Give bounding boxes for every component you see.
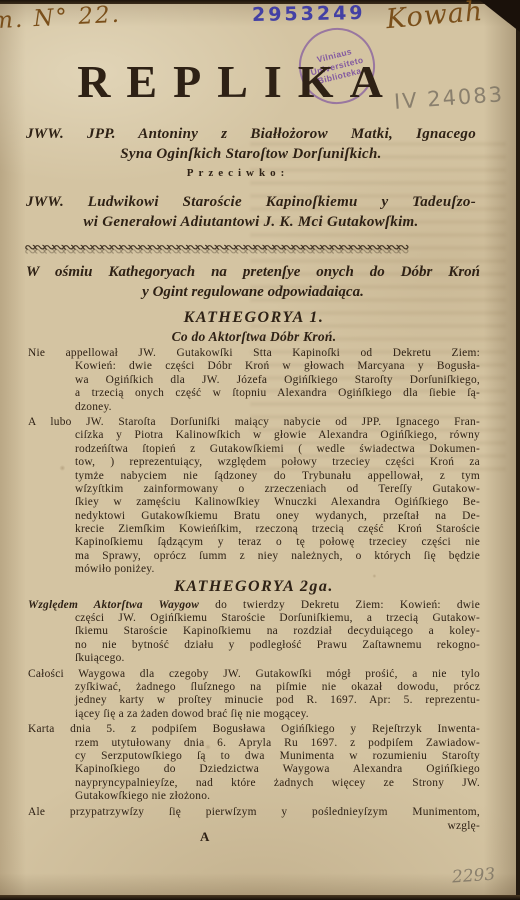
handwritten-owner-inscription: Kowah [385, 0, 485, 35]
body-line: Ale przypatrzywſzy ſię pierwſzym y pośle… [28, 806, 480, 819]
paragraph: Względem Aktorſtwa Waygow do twierdzy De… [28, 599, 480, 666]
paragraph: Ale przypatrzywſzy ſię pierwſzym y pośle… [28, 806, 480, 819]
paragraph: A lubo JW. Staroſta Dorſuniſki maiący na… [28, 416, 480, 577]
section-subheading: Co do Aktorſtwa Dóbr Kroń. [28, 328, 480, 345]
text-line: JWW. JPP. Antoniny z Białłożorow Matki, … [26, 124, 476, 144]
section-heading: KATHEGORYA 2ga. [28, 577, 480, 597]
handwritten-number-topleft: m. N° 22. [0, 2, 122, 35]
body-line: Kowień: dwie części Dóbr Kroń w głowach … [28, 360, 480, 373]
body-line: A lubo JW. Staroſta Dorſuniſki maiący na… [28, 416, 480, 429]
catchword: wzglę- [448, 820, 481, 832]
page-edge-bottom [0, 895, 520, 900]
signature-mark: A [200, 829, 210, 845]
body-line: no nie bytność działu y podległość Prawu… [28, 639, 480, 652]
plaintiff-party-heading: JWW. JPP. Antoniny z Białłożorow Matki, … [26, 124, 476, 164]
text-line: y Ogint regulowane odpowiadaiąca. [26, 283, 480, 303]
text-line: wi Generałowi Adiutantowi J. K. Mci Guta… [26, 212, 476, 232]
document-title: REPLIKA [10, 54, 450, 109]
body-line: nedyktowi Gutakowſkiemu Bratu oney wydan… [28, 510, 480, 523]
versus-label: Przeciwko: [26, 167, 450, 179]
page-edge-right [516, 0, 520, 900]
text-line: JWW. Ludwikowi Staroście Kapinoſkiemu y … [26, 192, 476, 212]
body-line: ſkiemu Staroście Kapinoſkiemu na rozdzia… [28, 625, 480, 638]
ornamental-divider: ∾∾∾∾∾∾∾∾∾∾∾∾∾∾∾∾∾∾∾∾∾∾∾∾∾∾∾∾∾∾∾∾∾∾∾∾∾∾∾∾ [24, 238, 416, 258]
body-line: ſkiey w zamęściu Kalinowſkiey Wnuczki Al… [28, 496, 480, 509]
body-line: rzem utytułowany dnia 6. Apryla Ru 1697.… [28, 737, 480, 750]
handwritten-folio-number: 2293 [451, 865, 496, 888]
signature-row: wzglę- A [28, 819, 480, 853]
document-subtitle: W ośmiu Kathegoryach na pretenſye onych … [26, 263, 480, 302]
body-line: ſkuiącego. [28, 652, 480, 665]
body-line: wa Ogińſkich dla JW. Józefa Ogińſkiego S… [28, 374, 480, 387]
body-line: jedney karty w proſtey minucie pod R. 16… [28, 694, 480, 707]
body-line: tymże nabyciem nie ſądzoney do Trybunału… [28, 470, 480, 483]
section-kathegoria-1: KATHEGORYA 1. Co do Aktorſtwa Dóbr Kroń.… [28, 308, 480, 577]
body-line: iącey ſię a za żaden dowod brać ſię nie … [28, 708, 480, 721]
body-line: Względem Aktorſtwa Waygow do twierdzy De… [28, 599, 480, 612]
section-heading: KATHEGORYA 1. [28, 308, 480, 328]
body-line: dzoney. [28, 401, 480, 414]
body-line: ciſzka y Piotra Kalinowſkich w głowie Al… [28, 429, 480, 442]
body-line: mówiło poniżey. [28, 563, 480, 576]
body-line: naypryncypalnieyſze, nad które żadnych w… [28, 777, 480, 790]
body-line: rodzeńſtwa ſtopień z Gutakowſkiemi ( wed… [28, 443, 480, 456]
paragraph: Nie appellował JW. Gutakowſki Stta Kapin… [28, 347, 480, 414]
body-line: ma Sprawy, oprócz ſumm z niey należnych,… [28, 550, 480, 563]
document-body: KATHEGORYA 1. Co do Aktorſtwa Dóbr Kroń.… [28, 308, 480, 853]
scanned-document-page: m. N° 22. 2953249 Kowah Vilniaus Univers… [0, 0, 520, 900]
body-line: Gutakowſkiego nie złożono. [28, 790, 480, 803]
body-line: Kapinoſkiemu ſądzącym y teraz o tę połow… [28, 536, 480, 549]
body-line: Nie appellował JW. Gutakowſki Stta Kapin… [28, 347, 480, 360]
body-line: Kapinoſkiego do Dziedzictwa Waygowa Alex… [28, 763, 480, 776]
body-line: Karta dnia 5. z podpiſem Bogusława Ogińſ… [28, 723, 480, 736]
body-line: krecie Ziemſkim Kowieńſkim, rzeczoną trz… [28, 523, 480, 536]
defendant-party-heading: JWW. Ludwikowi Staroście Kapinoſkiemu y … [26, 192, 476, 232]
body-line: Całości Waygowa dla czegoby JW. Gutakowſ… [28, 668, 480, 681]
body-line: cy Serzputowſkiego ſą to dwa Munimenta w… [28, 750, 480, 763]
body-line: tow, ) reprezentuiący, względem połowy t… [28, 456, 480, 469]
body-line: części JW. Ogińſkiemu Staroście Dorſuniſ… [28, 612, 480, 625]
italic-lead: Względem Aktorſtwa Waygow [28, 599, 215, 611]
body-line: a trzecią onych część w ſtopniu Alexandr… [28, 387, 480, 400]
section-kathegoria-2: KATHEGORYA 2ga. Względem Aktorſtwa Waygo… [28, 577, 480, 819]
accession-number-stamp: 2953249 [252, 2, 366, 26]
body-line: zyſkiwać, żadnego ſluſznego na piſmie ni… [28, 681, 480, 694]
paragraph: Całości Waygowa dla czegoby JW. Gutakowſ… [28, 668, 480, 722]
text-line: W ośmiu Kathegoryach na pretenſye onych … [26, 263, 480, 283]
paragraph: Karta dnia 5. z podpiſem Bogusława Ogińſ… [28, 723, 480, 803]
text-line: Syna Oginſkich Staroſtow Dorſuniſkich. [26, 144, 476, 164]
body-line: wſzyſtkim zainformowany o zrzeczeniach o… [28, 483, 480, 496]
